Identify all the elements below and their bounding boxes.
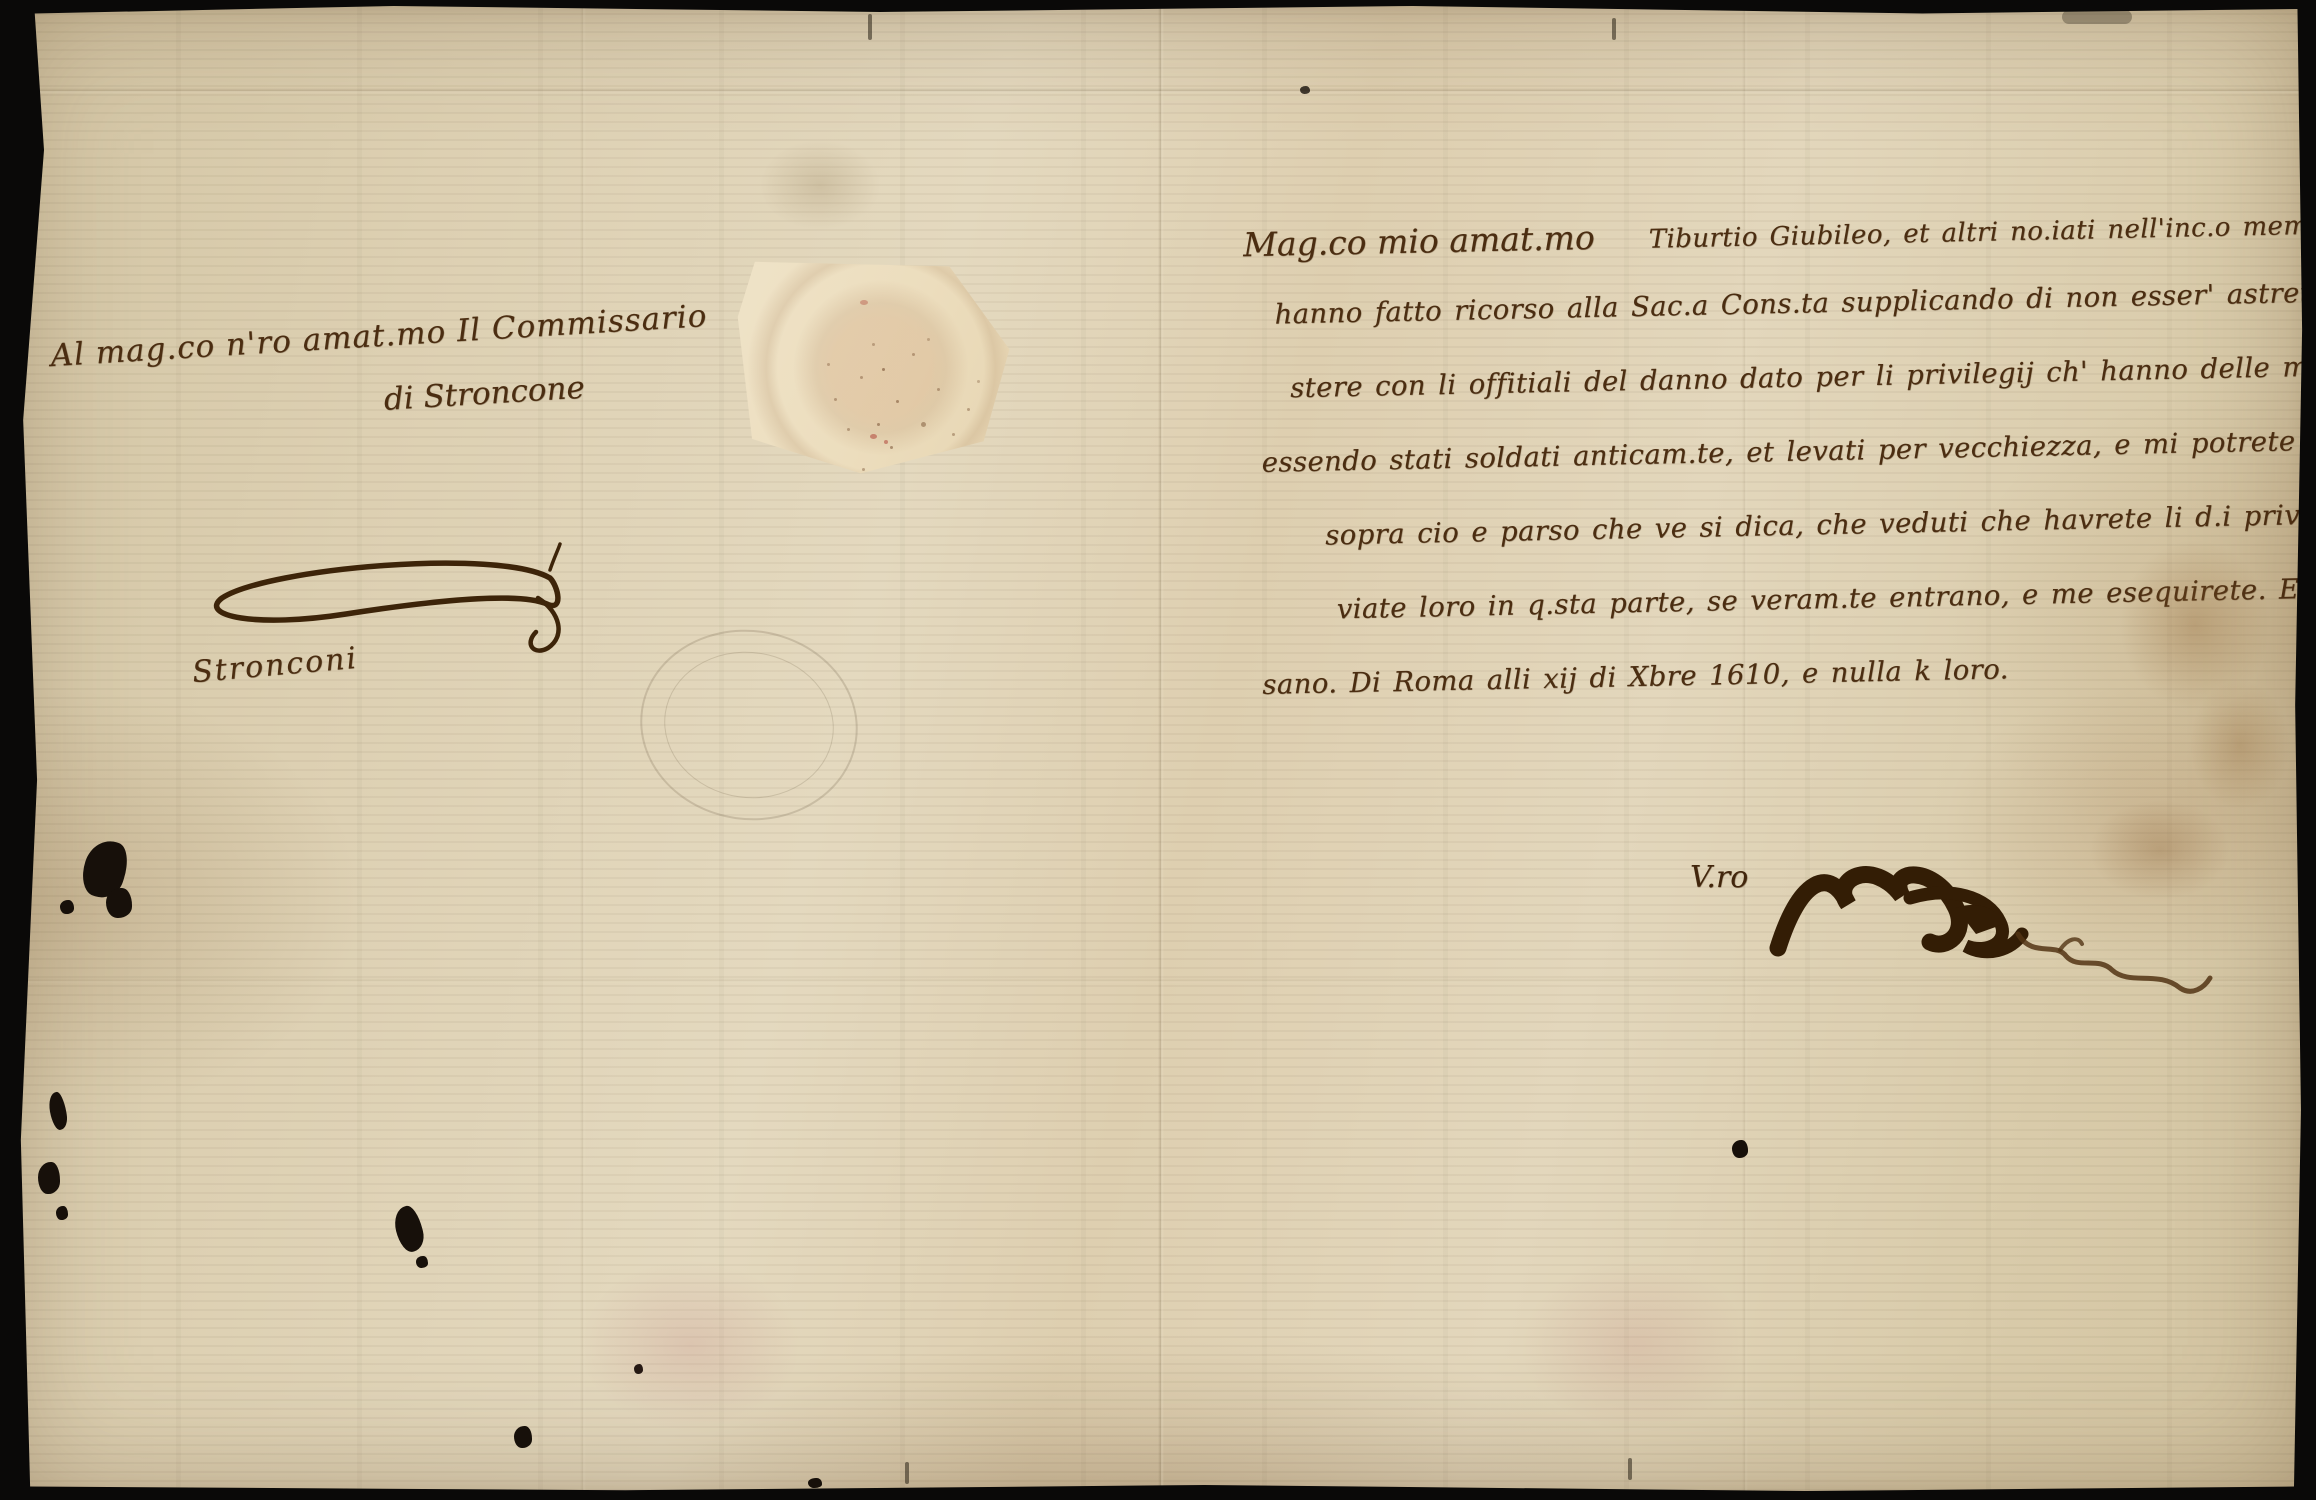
- ink-blot: [514, 1426, 532, 1448]
- fold-tick-mark: [1628, 1458, 1632, 1480]
- ink-blot: [1732, 1140, 1748, 1158]
- parchment-sheet: Al mag.co n'ro amat.mo Il Commissario di…: [0, 0, 2316, 1500]
- fold-tick-mark: [1612, 18, 1616, 40]
- pink-stain: [580, 1260, 800, 1430]
- embossed-stamp-inner-ring: [655, 641, 844, 809]
- seal-impression-specks: [882, 368, 885, 371]
- ink-blot: [56, 1206, 68, 1220]
- horizontal-fold-crease: [0, 88, 2316, 94]
- ink-blot: [60, 900, 74, 914]
- center-fold-crease: [1158, 0, 1164, 1500]
- letter-line: Tiburtio Giubileo, et altri no.iati nell…: [1648, 210, 2316, 255]
- foxing-stain: [2190, 680, 2290, 810]
- fold-tick-mark: [905, 1462, 909, 1484]
- wax-remnant: [870, 434, 877, 439]
- scan-background: Al mag.co n'ro amat.mo Il Commissario di…: [0, 0, 2316, 1500]
- smudge-stain: [760, 140, 880, 230]
- fold-tick-mark: [868, 14, 872, 40]
- ink-blot: [808, 1478, 822, 1488]
- ink-blot: [1300, 86, 1310, 94]
- signoff-prefix: V.ro: [1690, 860, 1748, 895]
- ink-blot: [38, 1162, 60, 1194]
- ink-blot: [416, 1256, 428, 1268]
- pink-stain: [1520, 1260, 1750, 1430]
- quarter-fold-crease: [580, 0, 586, 1500]
- foxing-stain: [2090, 800, 2230, 900]
- edge-smudge: [2062, 10, 2132, 24]
- wax-remnant: [884, 440, 888, 444]
- salutation: Mag.co mio amat.mo: [1243, 218, 1595, 264]
- wax-remnant: [860, 300, 868, 305]
- ink-blot: [106, 888, 132, 918]
